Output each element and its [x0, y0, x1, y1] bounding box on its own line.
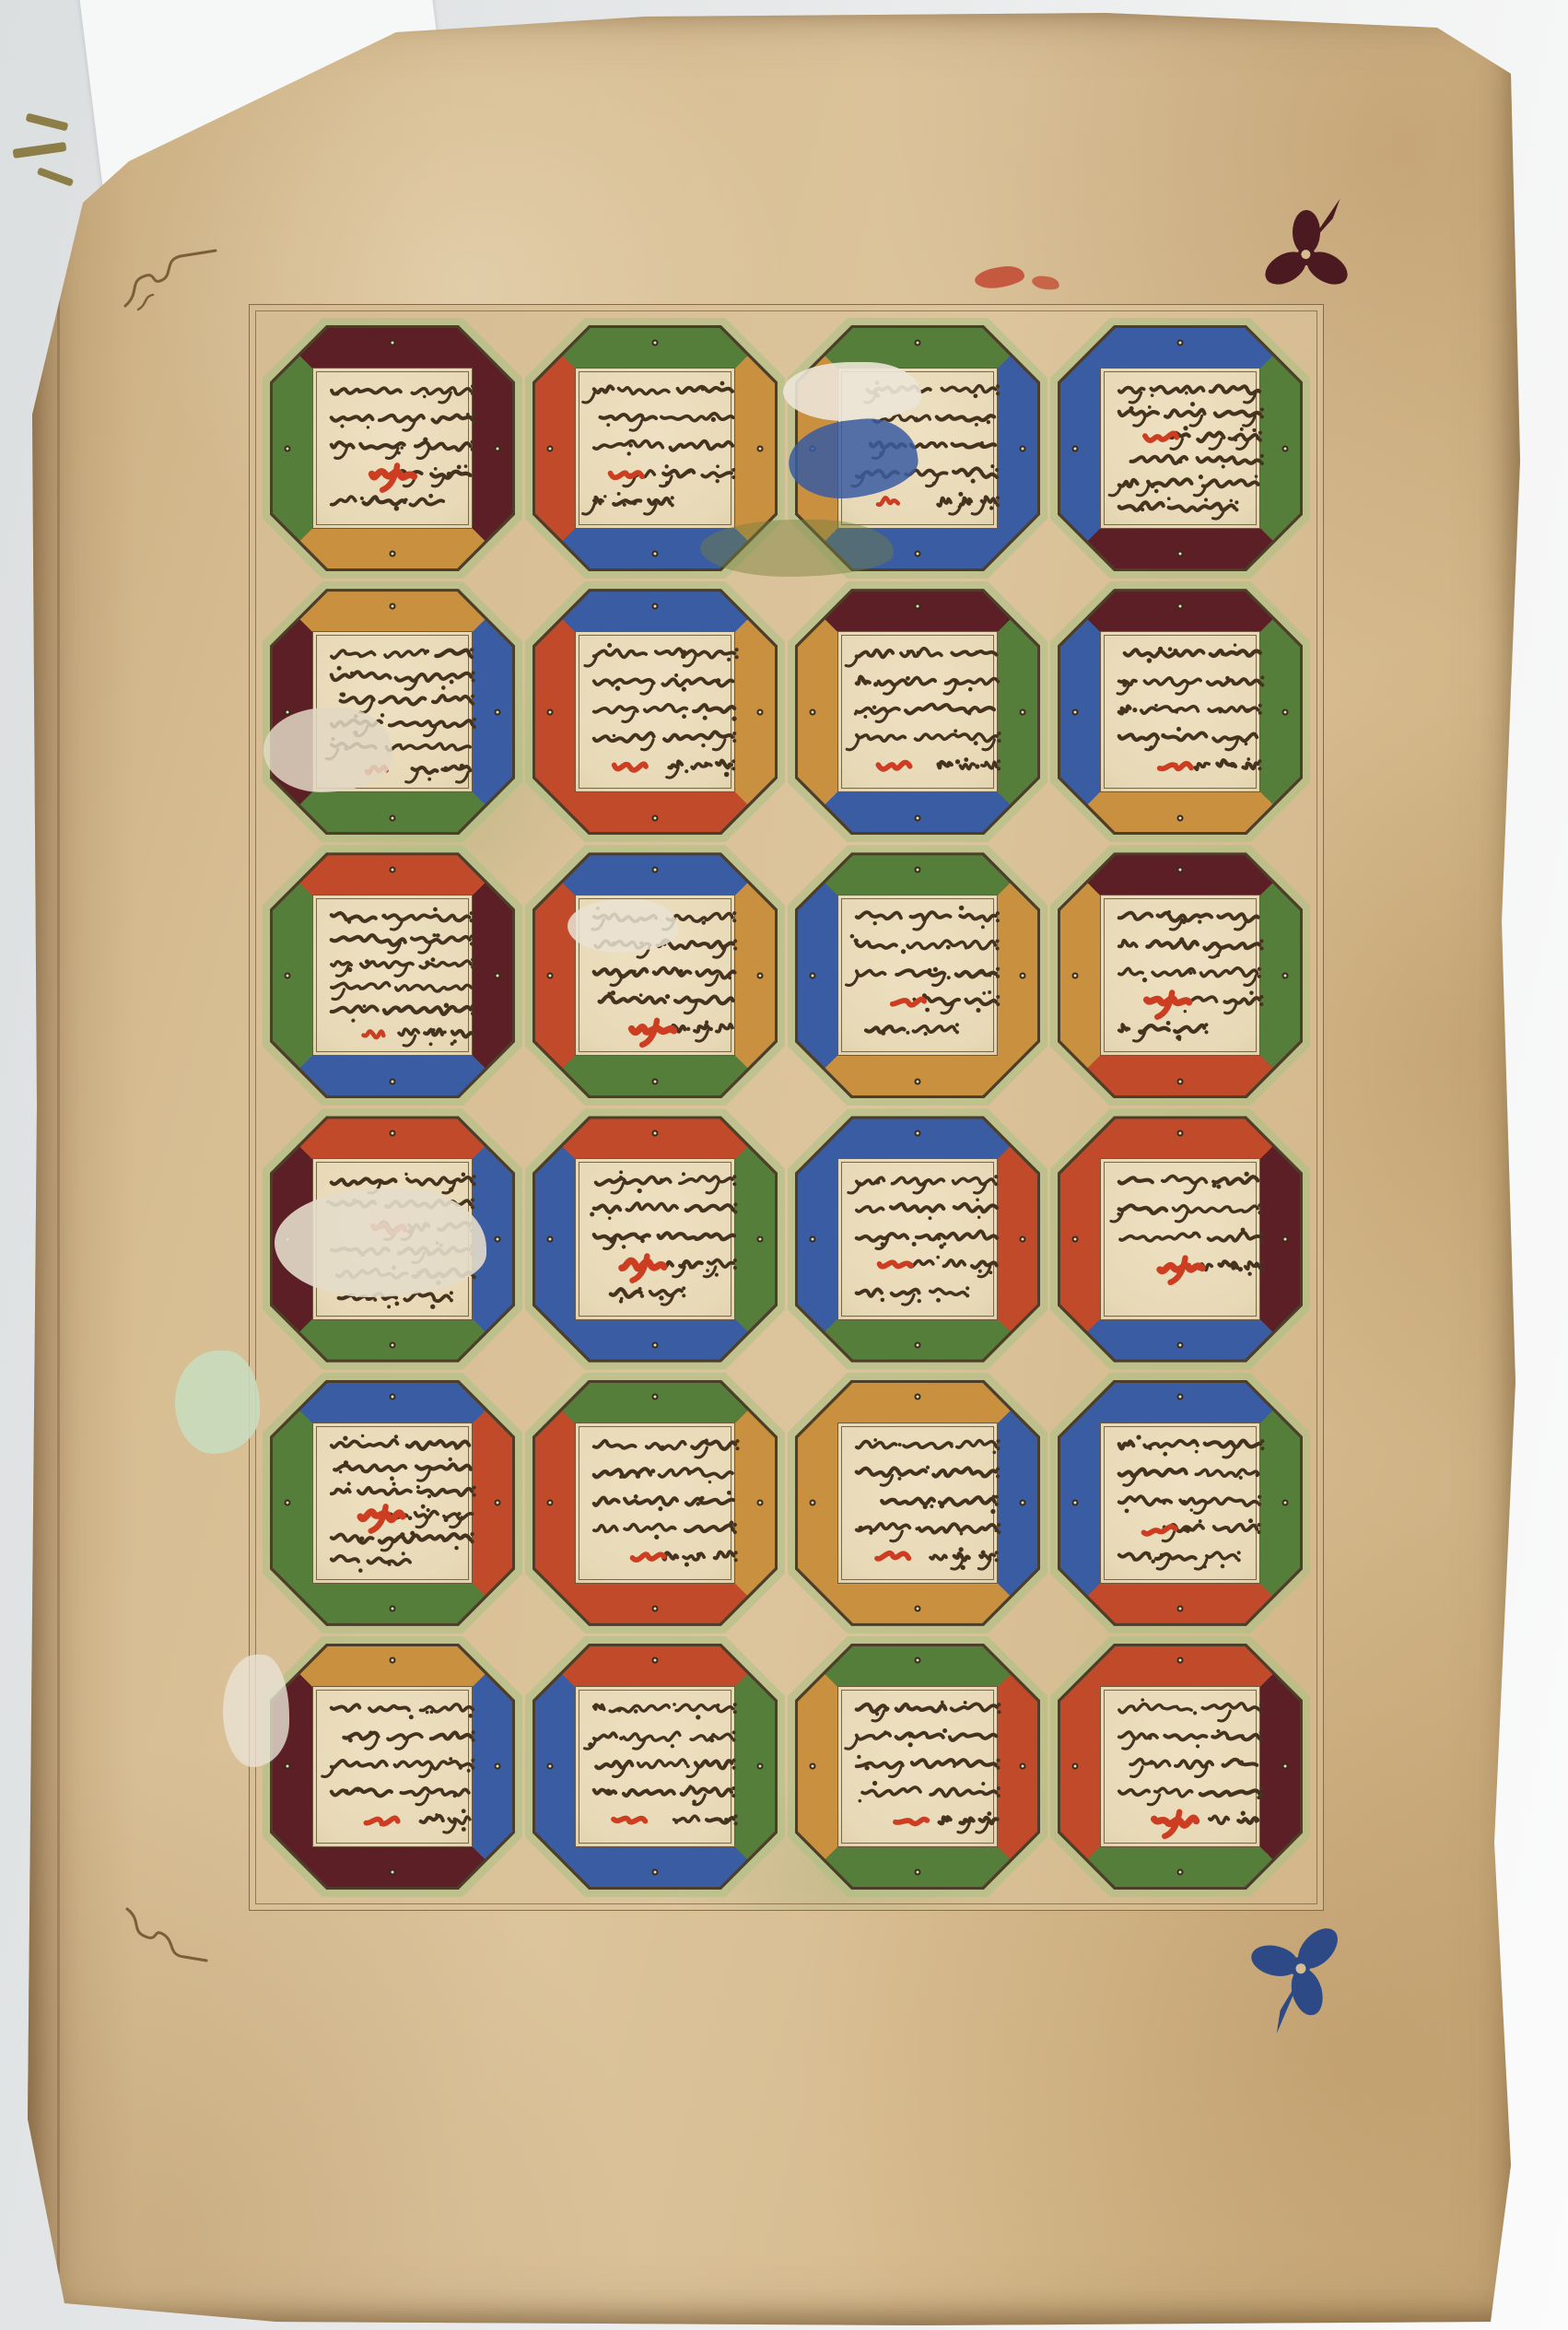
compartment-r5c1: [268, 1378, 517, 1628]
compartment-r5c2: [531, 1378, 779, 1628]
band-stud: [390, 814, 396, 821]
band-stud: [1020, 1236, 1026, 1243]
band-stud: [652, 1078, 659, 1084]
damage-patch: [568, 899, 678, 953]
band-stud: [1071, 708, 1078, 715]
compartment-r2c4: [1056, 587, 1305, 837]
band-stud: [495, 708, 501, 715]
band-stud: [390, 1657, 396, 1664]
text-cell-r1c1: [312, 368, 473, 529]
text-cell-r6c1: [312, 1686, 473, 1847]
band-stud: [1071, 1500, 1078, 1506]
text-cell-r4c2: [575, 1158, 735, 1319]
damage-patch: [783, 362, 921, 421]
band-stud: [1020, 1763, 1026, 1770]
band-stud: [809, 1500, 815, 1506]
band-stud: [1282, 1500, 1289, 1506]
text-cell-r5c3: [837, 1423, 998, 1584]
binding-thread: [37, 167, 74, 186]
compartment-r2c2: [531, 587, 779, 837]
damage-patch: [223, 1655, 289, 1767]
text-cell-r5c4: [1100, 1423, 1260, 1584]
band-stud: [546, 1500, 553, 1506]
stray-red-mark: [1031, 275, 1060, 292]
band-stud: [1177, 814, 1184, 821]
compartment-r4c4: [1056, 1114, 1305, 1364]
damage-patch-green: [175, 1351, 260, 1454]
band-stud: [1282, 445, 1289, 451]
band-stud: [1282, 708, 1289, 715]
band-stud: [1177, 1130, 1184, 1137]
text-cell-r6c3: [837, 1686, 998, 1847]
band-stud: [1177, 339, 1184, 345]
band-stud: [390, 1078, 396, 1084]
band-stud: [390, 339, 396, 345]
compartment-r6c3: [793, 1642, 1042, 1891]
band-stud: [284, 972, 290, 978]
band-stud: [390, 1394, 396, 1400]
text-cell-r6c4: [1100, 1686, 1260, 1847]
text-cell-r2c4: [1100, 631, 1260, 792]
text-cell-r1c4: [1100, 368, 1260, 529]
band-stud: [757, 1763, 764, 1770]
band-stud: [652, 1657, 659, 1664]
band-stud: [915, 1078, 921, 1084]
band-stud: [809, 1236, 815, 1243]
band-stud: [757, 445, 764, 451]
compartment-r3c1: [268, 850, 517, 1100]
band-stud: [284, 445, 290, 451]
band-stud: [495, 445, 501, 451]
band-stud: [390, 866, 396, 872]
text-cell-r4c3: [837, 1158, 998, 1319]
band-stud: [1177, 1394, 1184, 1400]
band-stud: [652, 551, 659, 557]
band-stud: [390, 1606, 396, 1612]
compartment-r5c4: [1056, 1378, 1305, 1628]
compartment-r6c2: [531, 1642, 779, 1891]
band-stud: [546, 1763, 553, 1770]
band-stud: [652, 866, 659, 872]
compartment-r5c3: [793, 1378, 1042, 1628]
manuscript-page: [17, 7, 1522, 2327]
binding-thread: [13, 142, 67, 158]
text-cell-r3c4: [1100, 895, 1260, 1056]
compartment-r1c4: [1056, 323, 1305, 573]
band-stud: [495, 1500, 501, 1506]
band-stud: [1071, 1763, 1078, 1770]
band-stud: [915, 814, 921, 821]
text-cell-r2c3: [837, 631, 998, 792]
band-stud: [390, 1130, 396, 1137]
band-stud: [809, 1763, 815, 1770]
band-stud: [652, 603, 659, 609]
compartment-r2c3: [793, 587, 1042, 837]
band-stud: [546, 972, 553, 978]
band-stud: [1282, 1236, 1289, 1243]
band-stud: [652, 1606, 659, 1612]
gutter-crease: [57, 118, 60, 2274]
text-cell-r6c2: [575, 1686, 735, 1847]
band-stud: [757, 1500, 764, 1506]
band-stud: [390, 1341, 396, 1348]
band-stud: [1020, 1500, 1026, 1506]
band-stud: [915, 1130, 921, 1137]
compartment-r4c2: [531, 1114, 779, 1364]
binding-thread: [26, 113, 69, 132]
pen-flourish-bottom-left: [120, 1902, 212, 1966]
compartment-r3c3: [793, 850, 1042, 1100]
band-stud: [390, 1869, 396, 1876]
band-stud: [652, 814, 659, 821]
compartment-r1c1: [268, 323, 517, 573]
band-stud: [1177, 866, 1184, 872]
band-stud: [495, 972, 501, 978]
band-stud: [1071, 972, 1078, 978]
band-stud: [1282, 972, 1289, 978]
band-stud: [546, 708, 553, 715]
text-cell-r4c4: [1100, 1158, 1260, 1319]
paint-smear-olive: [700, 520, 894, 577]
text-cell-r1c2: [575, 368, 735, 529]
band-stud: [915, 1606, 921, 1612]
text-cell-r3c3: [837, 895, 998, 1056]
band-stud: [1071, 1236, 1078, 1243]
band-stud: [809, 708, 815, 715]
text-cell-r2c2: [575, 631, 735, 792]
band-stud: [652, 339, 659, 345]
band-stud: [809, 972, 815, 978]
compartment-r3c2: [531, 850, 779, 1100]
compartment-r6c1: [268, 1642, 517, 1891]
band-stud: [390, 551, 396, 557]
band-stud: [1020, 972, 1026, 978]
band-stud: [495, 1236, 501, 1243]
band-stud: [915, 1341, 921, 1348]
band-stud: [652, 1130, 659, 1137]
band-stud: [915, 339, 921, 345]
band-stud: [757, 972, 764, 978]
band-stud: [1177, 551, 1184, 557]
gutter-shadow: [17, 7, 155, 2327]
band-stud: [1177, 1657, 1184, 1664]
band-stud: [652, 1869, 659, 1876]
band-stud: [284, 708, 290, 715]
compartment-r6c4: [1056, 1642, 1305, 1891]
band-stud: [915, 1657, 921, 1664]
band-stud: [1020, 708, 1026, 715]
band-stud: [1177, 1606, 1184, 1612]
band-stud: [546, 1236, 553, 1243]
band-stud: [1020, 445, 1026, 451]
pen-flourish-top-left: [120, 245, 221, 319]
band-stud: [1177, 1869, 1184, 1876]
band-stud: [757, 708, 764, 715]
band-stud: [495, 1763, 501, 1770]
band-stud: [915, 551, 921, 557]
band-stud: [915, 603, 921, 609]
damage-patch: [263, 708, 392, 792]
band-stud: [1177, 1341, 1184, 1348]
band-stud: [915, 1869, 921, 1876]
text-cell-r3c1: [312, 895, 473, 1056]
band-stud: [915, 1394, 921, 1400]
band-stud: [1071, 445, 1078, 451]
damage-patch: [275, 1188, 486, 1297]
text-cell-r5c2: [575, 1423, 735, 1584]
band-stud: [390, 603, 396, 609]
band-stud: [1177, 603, 1184, 609]
compartment-r4c3: [793, 1114, 1042, 1364]
band-stud: [1177, 1078, 1184, 1084]
compartment-r3c4: [1056, 850, 1305, 1100]
band-stud: [915, 866, 921, 872]
band-stud: [546, 445, 553, 451]
band-stud: [652, 1394, 659, 1400]
band-stud: [1282, 1763, 1289, 1770]
stray-red-mark: [974, 263, 1026, 290]
text-cell-r5c1: [312, 1423, 473, 1584]
band-stud: [652, 1341, 659, 1348]
band-stud: [284, 1500, 290, 1506]
band-stud: [757, 1236, 764, 1243]
band-stud: [284, 1763, 290, 1770]
